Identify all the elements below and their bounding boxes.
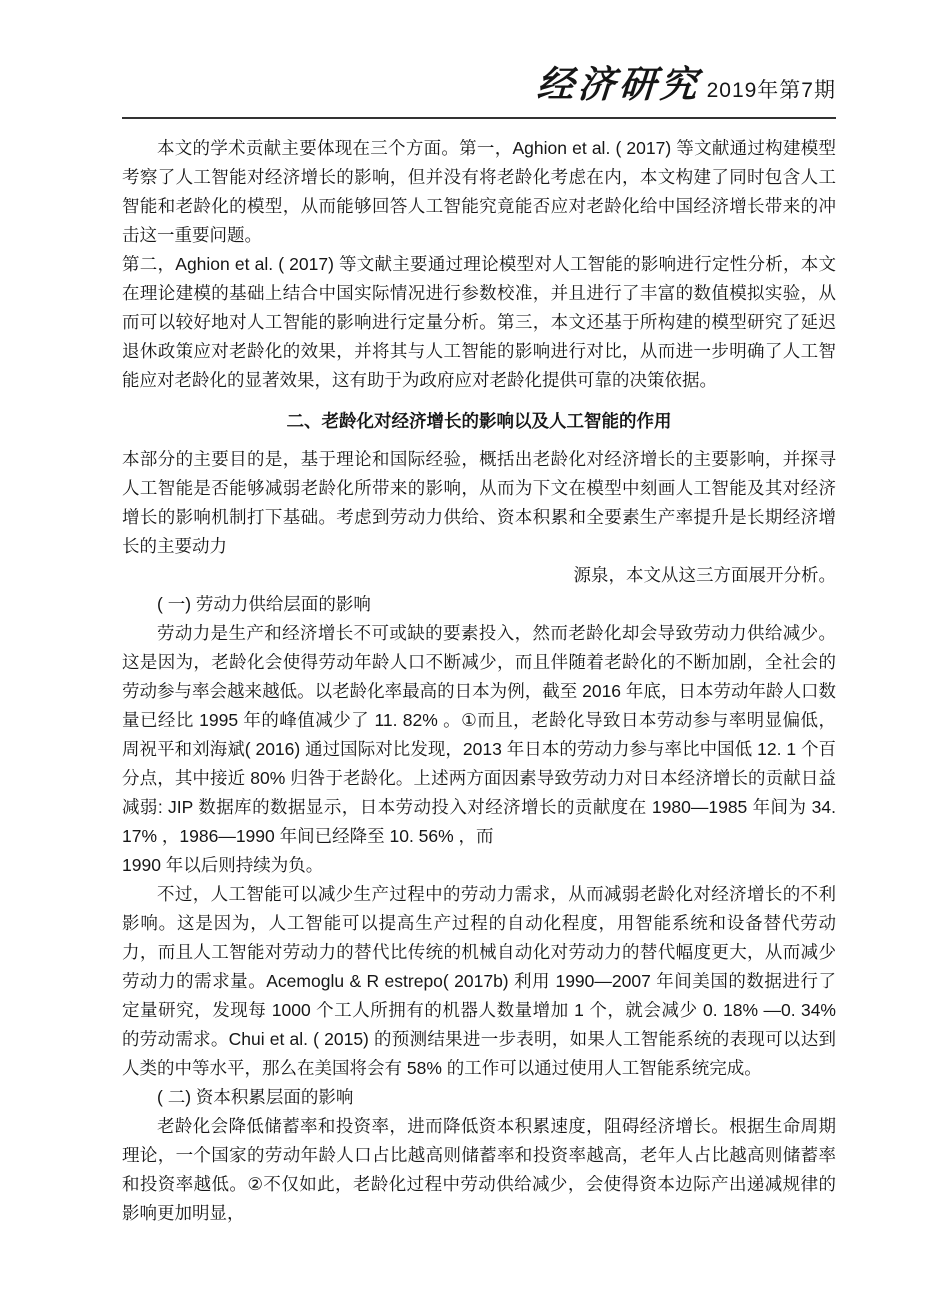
journal-issue: 2019年第7期 bbox=[707, 80, 836, 101]
paragraph-contributions-2: 第二，Aghion et al. ( 2017) 等文献主要通过理论模型对人工智… bbox=[122, 250, 836, 395]
journal-logo: 经济研究 bbox=[535, 66, 702, 103]
header-rule bbox=[122, 117, 836, 119]
journal-page: 经济研究 2019年第7期 本文的学术贡献主要体现在三个方面。第一，Aghion… bbox=[0, 0, 950, 1290]
paragraph-capital-accumulation: 老龄化会降低储蓄率和投资率，进而降低资本积累速度，阻碍经济增长。根据生命周期理论… bbox=[122, 1112, 836, 1228]
paragraph-section-purpose-lastline: 源泉，本文从这三方面展开分析。 bbox=[122, 561, 836, 590]
paragraph-labor-supply-lastline: 1990 年以后则持续为负。 bbox=[122, 851, 836, 880]
paragraph-contributions-1: 本文的学术贡献主要体现在三个方面。第一，Aghion et al. ( 2017… bbox=[122, 134, 836, 250]
paragraph-section-purpose: 本部分的主要目的是，基于理论和国际经验，概括出老龄化对经济增长的主要影响，并探寻… bbox=[122, 445, 836, 561]
subsection-1-heading: ( 一) 劳动力供给层面的影响 bbox=[122, 590, 836, 619]
article-body: 本文的学术贡献主要体现在三个方面。第一，Aghion et al. ( 2017… bbox=[122, 134, 836, 1228]
page-content: 经济研究 2019年第7期 本文的学术贡献主要体现在三个方面。第一，Aghion… bbox=[122, 66, 836, 1228]
paragraph-ai-labor-substitution: 不过，人工智能可以减少生产过程中的劳动力需求，从而减弱老龄化对经济增长的不利影响… bbox=[122, 880, 836, 1083]
section-2-heading: 二、老龄化对经济增长的影响以及人工智能的作用 bbox=[122, 407, 836, 436]
paragraph-labor-supply: 劳动力是生产和经济增长不可或缺的要素投入，然而老龄化却会导致劳动力供给减少。这是… bbox=[122, 619, 836, 851]
subsection-2-heading: ( 二) 资本积累层面的影响 bbox=[122, 1083, 836, 1112]
masthead: 经济研究 2019年第7期 bbox=[122, 66, 836, 114]
